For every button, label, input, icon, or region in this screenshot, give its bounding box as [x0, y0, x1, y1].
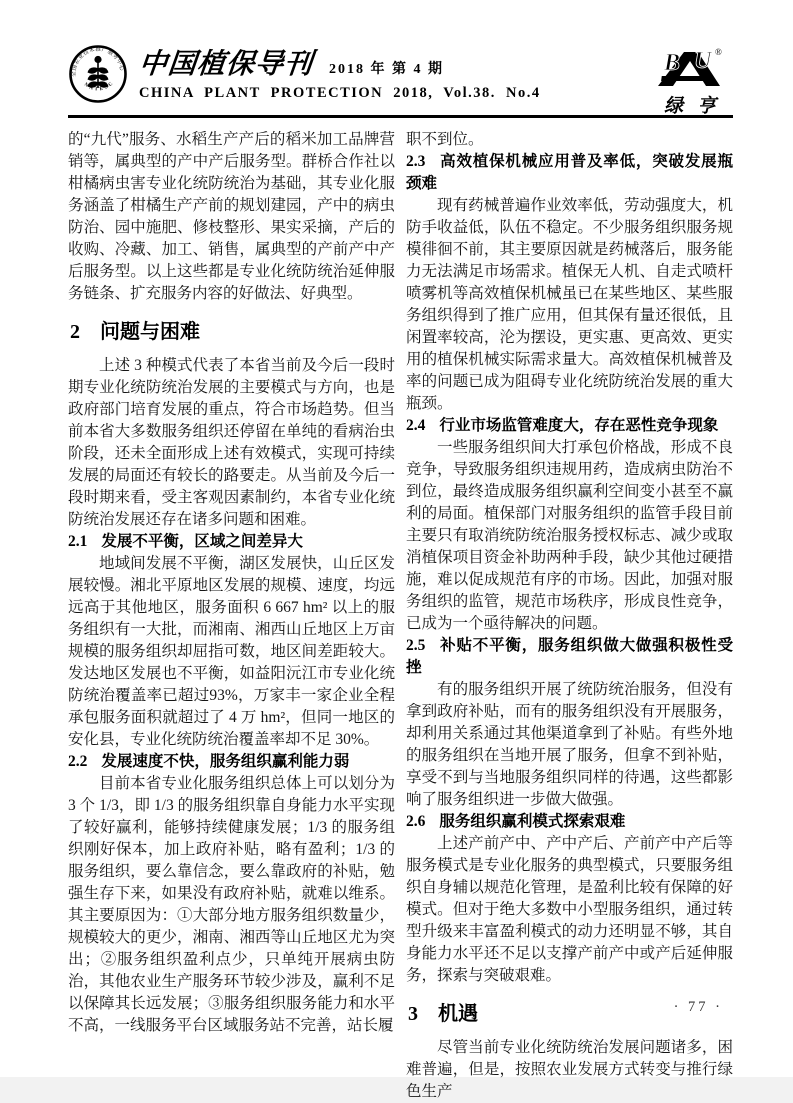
paragraph: 职不到位。	[406, 129, 733, 151]
paragraph: 上述产前产中、产中产后、产前产中产后等服务模式是专业化服务的典型模式，只要服务组…	[406, 833, 733, 987]
subsection-heading-2-1: 2.1发展不平衡，区域之间差异大	[68, 531, 395, 553]
subsection-title: 服务组织赢利模式探索艰难	[439, 813, 625, 830]
journal-title-en: CHINA PLANT PROTECTION 2018, Vol.38. No.…	[139, 85, 541, 102]
registered-mark-icon: ®	[715, 47, 722, 57]
paragraph: 的“九代”服务、水稻生产产后的稻米加工品牌营销等，属典型的产中产后服务型。群桥合…	[68, 129, 395, 305]
subsection-number: 2.3	[406, 153, 425, 170]
brand-letter-u: U	[694, 48, 713, 74]
subsection-title: 补贴不平衡，服务组织做大做强积极性受挫	[406, 637, 733, 676]
journal-titles: 中国植保导刊 2018 年 第 4 期 CHINA PLANT PROTECTI…	[139, 46, 541, 102]
subsection-title: 行业市场监管难度大，存在恶性竞争现象	[439, 417, 718, 434]
brand-mark-icon: B U ®	[654, 46, 726, 90]
journal-page: 全国农业技术推广服务中心 NATESC 中国植保	[0, 0, 793, 1077]
brand-name: 绿亨	[650, 91, 730, 118]
subsection-heading-2-5: 2.5补贴不平衡，服务组织做大做强积极性受挫	[406, 635, 733, 679]
subsection-number: 2.4	[406, 417, 425, 434]
subsection-title: 发展速度不快，服务组织赢利能力弱	[101, 753, 349, 770]
natesc-seal-logo: 全国农业技术推广服务中心 NATESC	[68, 44, 128, 104]
subsection-title: 发展不平衡，区域之间差异大	[101, 533, 303, 550]
brand-letter-b: B	[663, 50, 680, 76]
header-left: 全国农业技术推广服务中心 NATESC 中国植保	[68, 44, 541, 104]
subsection-number: 2.1	[68, 533, 87, 550]
paragraph: 上述 3 种模式代表了本省当前及今后一段时期专业化统防统治发展的主要模式与方向，…	[68, 355, 395, 531]
section-title: 机遇	[438, 1003, 478, 1025]
paragraph: 地域间发展不平衡，湖区发展快，山丘区发展较慢。湘北平原地区发展的规模、速度，均远…	[68, 553, 395, 751]
journal-title-cn: 中国植保导刊	[137, 50, 314, 80]
paragraph: 现有药械普遍作业效率低，劳动强度大，机防手收益低，队伍不稳定。不少服务组织服务规…	[406, 195, 733, 415]
page-header: 全国农业技术推广服务中心 NATESC 中国植保	[68, 44, 733, 110]
subsection-heading-2-3: 2.3高效植保机械应用普及率低，突破发展瓶颈难	[406, 151, 733, 195]
subsection-heading-2-4: 2.4行业市场监管难度大，存在恶性竞争现象	[406, 415, 733, 437]
article-body: 的“九代”服务、水稻生产产后的稻米加工品牌营销等，属典型的产中产后服务型。群桥合…	[68, 129, 733, 1103]
subsection-number: 2.5	[406, 637, 425, 654]
paragraph: 目前本省专业化服务组织总体上可以划分为 3 个 1/3，即 1/3 的服务组织靠…	[68, 773, 395, 1037]
column-left: 的“九代”服务、水稻生产产后的稻米加工品牌营销等，属典型的产中产后服务型。群桥合…	[68, 129, 395, 1103]
paragraph: 有的服务组织开展了统防统治服务，但没有拿到政府补贴，而有的服务组织没有开展服务，…	[406, 679, 733, 811]
subsection-number: 2.6	[406, 813, 425, 830]
page-number: · 77 ·	[674, 999, 723, 1016]
subsection-heading-2-6: 2.6服务组织赢利模式探索艰难	[406, 811, 733, 833]
luheng-brand-logo: B U ® 绿亨	[647, 44, 733, 118]
subsection-title: 高效植保机械应用普及率低，突破发展瓶颈难	[406, 153, 733, 192]
journal-issue: 2018 年 第 4 期	[329, 58, 444, 78]
subsection-heading-2-2: 2.2发展速度不快，服务组织赢利能力弱	[68, 751, 395, 773]
column-right: 职不到位。 2.3高效植保机械应用普及率低，突破发展瓶颈难 现有药械普遍作业效率…	[406, 129, 733, 1103]
subsection-number: 2.2	[68, 753, 87, 770]
section-title: 问题与困难	[100, 321, 200, 343]
wheat-emblem-icon	[88, 56, 109, 88]
header-rule	[68, 115, 733, 118]
paragraph: 一些服务组织间大打承包价格战，形成不良竞争，导致服务组织违规用药，造成病虫防治不…	[406, 437, 733, 635]
section-heading-2: 2问题与困难	[70, 319, 395, 345]
section-number: 3	[408, 1003, 418, 1025]
section-number: 2	[70, 321, 80, 343]
paragraph: 尽管当前专业化统防统治发展问题诸多，困难普遍，但是，按照农业发展方式转变与推行绿…	[406, 1037, 733, 1103]
